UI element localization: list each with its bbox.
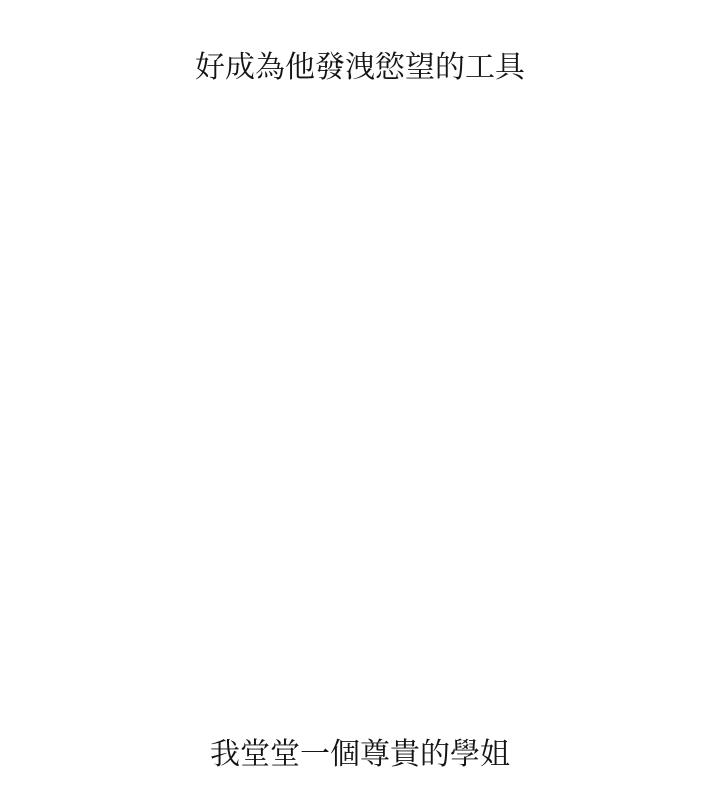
comic-page: 好成為他發洩慾望的工具 我堂堂一個尊貴的學姐 bbox=[0, 0, 720, 800]
bottom-caption: 我堂堂一個尊貴的學姐 bbox=[0, 740, 720, 770]
top-caption: 好成為他發洩慾望的工具 bbox=[0, 53, 720, 83]
